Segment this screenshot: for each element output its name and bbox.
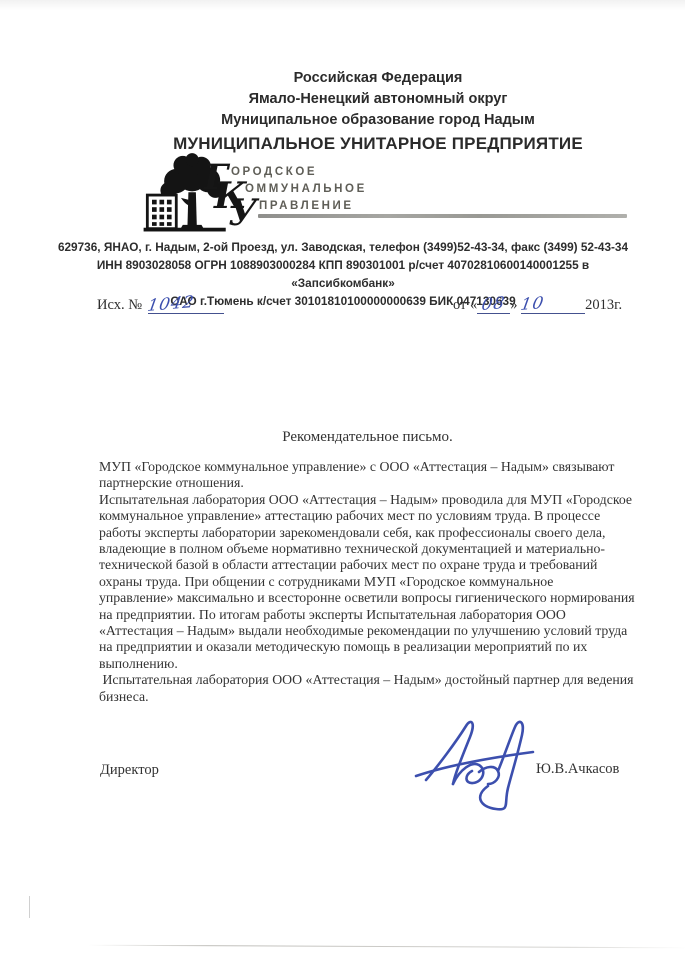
contact-address-phone: 629736, ЯНАО, г. Надым, 2-ой Проезд, ул.… [48,238,638,256]
logo-word-kommunalnoe: ОММУНАЛЬНОЕ [245,184,367,196]
header-region: Ямало-Ненецкий автономный округ [133,89,623,110]
scanned-letter-page: Российская Федерация Ямало-Ненецкий авто… [0,0,685,960]
logo-word-upravlenie: ПРАВЛЕНИЕ [259,201,354,213]
outgoing-number-block: Исх. №1042 [97,295,224,314]
body-line: партнерские отношения. [99,475,644,491]
signatory-name: Ю.В.Ачкасов [536,761,619,778]
body-line: Испытательная лаборатория ООО «Аттестаци… [99,492,644,508]
outgoing-label: Исх. № [97,297,142,313]
date-day-handwriting: 08 [481,293,507,314]
date-month-handwriting: 10 [519,293,545,314]
date-prefix: от « [453,297,477,313]
outgoing-number-line: 1042 [148,295,224,314]
scan-edge-mark [29,896,30,918]
body-line: «Аттестация – Надым» выдали необходимые … [99,623,644,639]
header-municipality: Муниципальное образование город Надым [133,110,623,131]
body-line: работы эксперты лаборатории зарекомендов… [99,525,644,541]
letter-title: Рекомендательное письмо. [100,429,635,446]
letterhead-header: Российская Федерация Ямало-Ненецкий авто… [133,68,623,156]
contact-inn-ogrn-account: ИНН 8903028058 ОГРН 1088903000284 КПП 89… [48,256,638,292]
scan-crease-line [88,945,685,949]
body-line: бизнеса. [99,689,644,705]
date-day-line: 08 [477,295,510,314]
body-line: выполнению. [99,656,644,672]
body-line: Испытательная лаборатория ООО «Аттестаци… [99,672,644,688]
body-line: технической базой в области аттестации р… [99,557,644,573]
body-line: МУП «Городское коммунальное управление» … [99,459,644,475]
letter-body: МУП «Городское коммунальное управление» … [99,459,644,705]
scan-edge-shadow [0,0,685,10]
body-line: на предприятии. По итогам работы эксперт… [99,607,644,623]
date-month-line: 10 [521,295,585,314]
logo-letter-u: У [228,195,257,231]
body-line: управление» максимально и всесторонне ос… [99,590,644,606]
logo-underline-rule [258,214,627,218]
date-close-quote: » [510,297,517,313]
body-line: на предприятии и оказали методическую по… [99,639,644,655]
body-line: коммунальное управление» аттестацию рабо… [99,508,644,524]
reference-row: Исх. №1042 от «08» 102013г. [0,295,685,321]
date-year: 2013г. [585,297,622,313]
signature-scribble [412,714,537,824]
date-block: от «08» 102013г. [453,295,622,314]
header-country: Российская Федерация [133,68,623,89]
body-line: владеющие в полном объеме нормативно тех… [99,541,644,557]
outgoing-number-handwriting: 1042 [146,292,196,315]
body-line: охраны труда. При общении с сотрудниками… [99,574,644,590]
signatory-role: Директор [100,762,159,779]
